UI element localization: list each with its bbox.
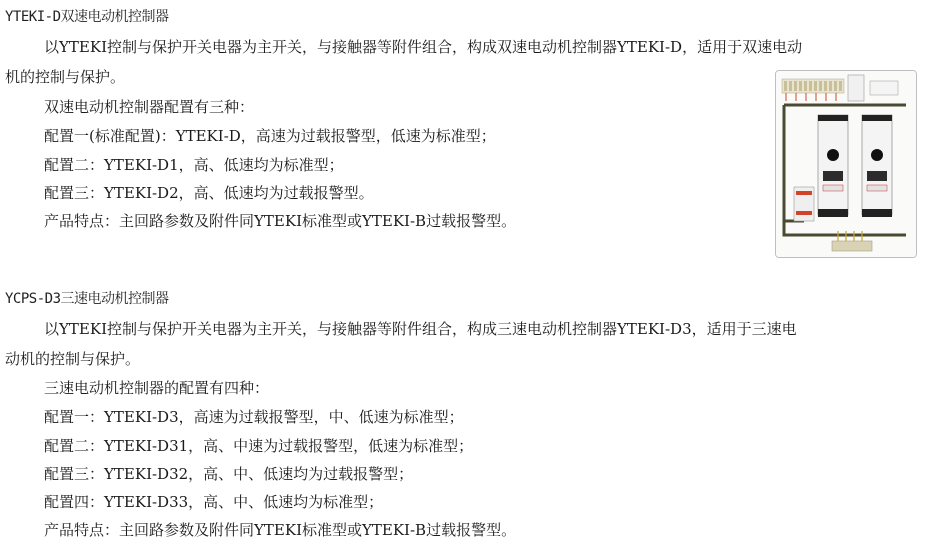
config-item: 配置三：YTEKI-D32，高、中、低速均为过载报警型； <box>44 463 413 484</box>
config-item: 配置一：YTEKI-D3，高速为过载报警型，中、低速为标准型； <box>44 406 464 427</box>
config-item: 配置二：YTEKI-D1，高、低速均为标准型； <box>44 154 344 175</box>
config-item: 配置三：YTEKI-D2，高、低速均为过载报警型。 <box>44 182 374 203</box>
config-item: 配置二：YTEKI-D31，高、中速为过载报警型，低速为标准型； <box>44 435 473 456</box>
config-intro: 双速电动机控制器配置有三种： <box>44 96 254 117</box>
intro-text-cont: 动机的控制与保护。 <box>5 348 140 369</box>
intro-text: 以YTEKI控制与保护开关电器为主开关，与接触器等附件组合，构成双速电动机控制器… <box>44 36 802 57</box>
intro-text: 以YTEKI控制与保护开关电器为主开关，与接触器等附件组合，构成三速电动机控制器… <box>44 318 797 339</box>
product-image <box>775 70 917 258</box>
config-item: 配置一(标准配置)：YTEKI-D，高速为过载报警型，低速为标准型； <box>44 125 496 146</box>
features-text: 产品特点：主回路参数及附件同YTEKI标准型或YTEKI-B过载报警型。 <box>44 519 516 540</box>
section-heading: YTEKI-D双速电动机控制器 <box>5 6 169 26</box>
section-heading: YCPS-D3三速电动机控制器 <box>5 288 169 308</box>
features-text: 产品特点：主回路参数及附件同YTEKI标准型或YTEKI-B过载报警型。 <box>44 210 516 231</box>
intro-text-cont: 机的控制与保护。 <box>5 66 125 87</box>
controller-panel-illustration <box>776 71 916 257</box>
config-item: 配置四：YTEKI-D33，高、中、低速均为标准型； <box>44 491 383 512</box>
config-intro: 三速电动机控制器的配置有四种： <box>44 377 269 398</box>
